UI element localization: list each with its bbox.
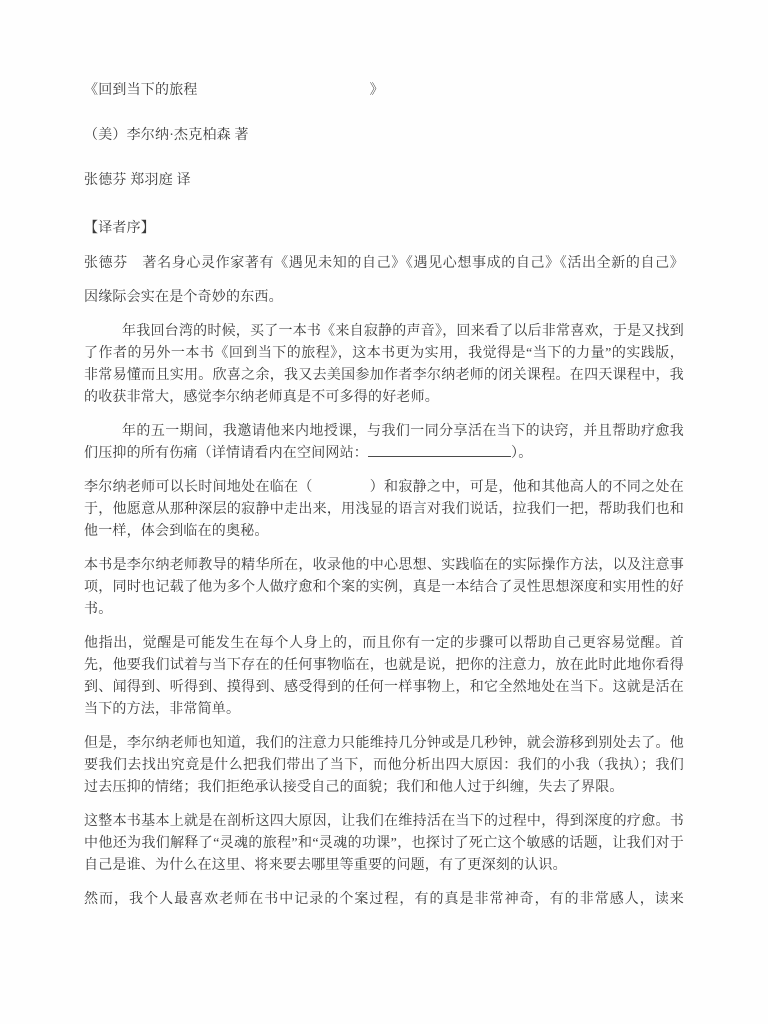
paragraph-four-reasons: 但是，李尔纳老师也知道，我们的注意力只能维持几分钟或是几秒钟，就会游移到别处去了… bbox=[84, 733, 684, 799]
author-line: （美）李尔纳·杰克柏森 著 bbox=[84, 125, 684, 147]
book-title-text: 《回到当下的旅程 bbox=[84, 83, 198, 98]
book-title-line: 《回到当下的旅程》 bbox=[84, 80, 684, 102]
paragraph-serendipity: 因缘际会实在是个奇妙的东西。 bbox=[84, 287, 684, 309]
paragraph-taiwan-book-discovery: 年我回台湾的时候，买了一本书《来自寂静的声音》，回来看了以后非常喜欢，于是又找到… bbox=[84, 321, 684, 409]
translator-line: 张德芬 郑羽庭 译 bbox=[84, 170, 684, 192]
paragraph-mainland-teaching: 年的五一期间，我邀请他来内地授课，与我们一同分享活在当下的诀窍，并且帮助疗愈我们… bbox=[84, 421, 684, 465]
section-heading-translator-preface: 【译者序】 bbox=[84, 218, 684, 240]
website-blank-underline bbox=[368, 443, 511, 457]
paragraph-awakening-steps: 他指出，觉醒是可能发生在每个人身上的，而且你有一定的步骤可以帮助自己更容易觉醒。… bbox=[84, 633, 684, 721]
paragraph-teacher-presence: 李尔纳老师可以长时间地处在临在（ ）和寂静之中，可是，他和其他高人的不同之处在于… bbox=[84, 477, 684, 543]
paragraph-translator-bio: 张德芬 著名身心灵作家著有《遇见未知的自己》《遇见心想事成的自己》《活出全新的自… bbox=[84, 253, 684, 275]
document-page: 《回到当下的旅程》 （美）李尔纳·杰克柏森 著 张德芬 郑羽庭 译 【译者序】 … bbox=[0, 0, 768, 1024]
paragraph-soul-journey: 这整本书基本上就是在剖析这四大原因，让我们在维持活在当下的过程中，得到深度的疗愈… bbox=[84, 811, 684, 877]
book-title-closing-bracket: 》 bbox=[370, 83, 384, 98]
paragraph-book-essence: 本书是李尔纳老师教导的精华所在，收录他的中心思想、实践临在的实际操作方法，以及注… bbox=[84, 555, 684, 621]
paragraph-case-records: 然而，我个人最喜欢老师在书中记录的个案过程，有的真是非常神奇，有的非常感人，读来 bbox=[84, 889, 684, 911]
paragraph-mainland-teaching-close: ）。 bbox=[511, 446, 532, 461]
